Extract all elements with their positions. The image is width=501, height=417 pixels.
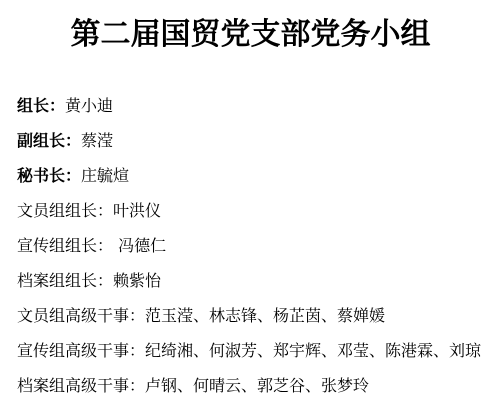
role-line-archives-senior-officers: 档案组高级干事：卢钢、何晴云、郭芝谷、张梦玲 <box>17 376 493 396</box>
page-title: 第二届国贸党支部党务小组 <box>10 14 491 56</box>
role-line-leader: 组长：黄小迪 <box>17 96 493 116</box>
role-line-clerical-senior-officers: 文员组高级干事：范玉滢、林志锋、杨芷茵、蔡婵媛 <box>17 306 493 326</box>
role-label: 副组长： <box>17 131 81 150</box>
role-names: 卢钢、何晴云、郭芝谷、张梦玲 <box>145 376 369 395</box>
role-names: 范玉滢、林志锋、杨芷茵、蔡婵媛 <box>145 306 385 325</box>
role-names: 冯德仁 <box>118 236 166 255</box>
document-page: 第二届国贸党支部党务小组 组长：黄小迪 副组长：蔡滢 秘书长：庄毓煊 文员组组长… <box>0 14 501 396</box>
role-line-archives-group-leader: 档案组组长：赖紫怡 <box>17 271 493 291</box>
role-names: 庄毓煊 <box>81 166 129 185</box>
role-line-deputy-leader: 副组长：蔡滢 <box>17 131 493 151</box>
role-label: 文员组组长： <box>17 201 113 220</box>
role-label: 组长： <box>17 96 65 115</box>
role-line-publicity-senior-officers: 宣传组高级干事：纪绮湘、何淑芳、郑宇辉、邓莹、陈港霖、刘琼 <box>17 341 493 361</box>
role-names: 蔡滢 <box>81 131 113 150</box>
role-line-publicity-group-leader: 宣传组组长： 冯德仁 <box>17 236 493 256</box>
document-body: 组长：黄小迪 副组长：蔡滢 秘书长：庄毓煊 文员组组长：叶洪仪 宣传组组长： 冯… <box>0 96 501 396</box>
role-label: 宣传组高级干事： <box>17 341 145 360</box>
role-line-clerical-group-leader: 文员组组长：叶洪仪 <box>17 201 493 221</box>
role-names: 纪绮湘、何淑芳、郑宇辉、邓莹、陈港霖、刘琼 <box>145 341 481 360</box>
role-names: 叶洪仪 <box>113 201 161 220</box>
role-label: 档案组高级干事： <box>17 376 145 395</box>
role-names: 黄小迪 <box>65 96 113 115</box>
role-line-secretary: 秘书长：庄毓煊 <box>17 166 493 186</box>
role-label: 宣传组组长： <box>17 236 118 255</box>
role-label: 档案组组长： <box>17 271 113 290</box>
role-names: 赖紫怡 <box>113 271 161 290</box>
role-label: 文员组高级干事： <box>17 306 145 325</box>
role-label: 秘书长： <box>17 166 81 185</box>
